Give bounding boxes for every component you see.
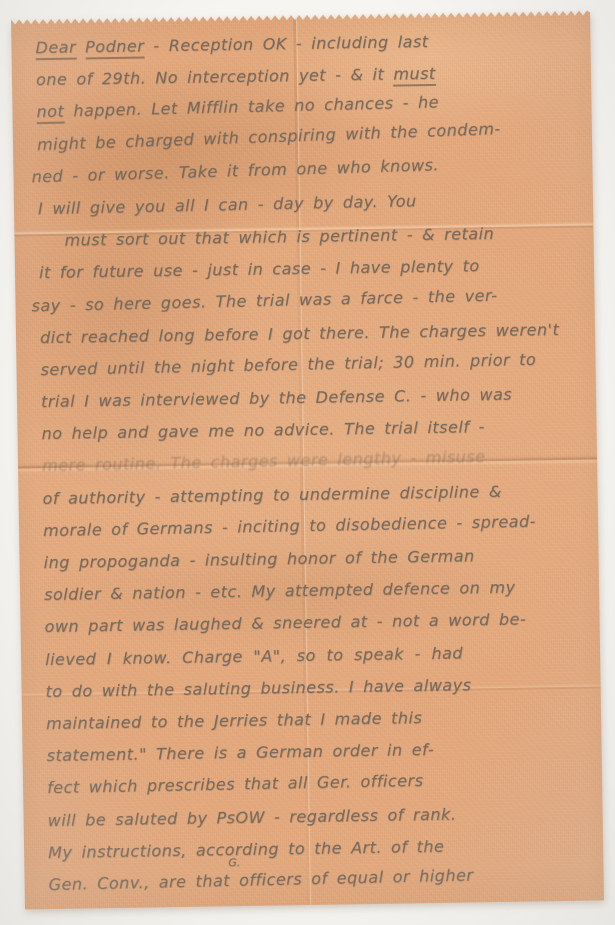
scanned-letter-page: Dear Podner - Reception OK - including l… <box>0 0 615 925</box>
letter-paper: Dear Podner - Reception OK - including l… <box>11 11 604 910</box>
letter-body: Dear Podner - Reception OK - including l… <box>35 24 594 909</box>
superscript-insertion-mark: G. <box>228 856 240 869</box>
letter-paper-wrap: Dear Podner - Reception OK - including l… <box>11 11 604 910</box>
